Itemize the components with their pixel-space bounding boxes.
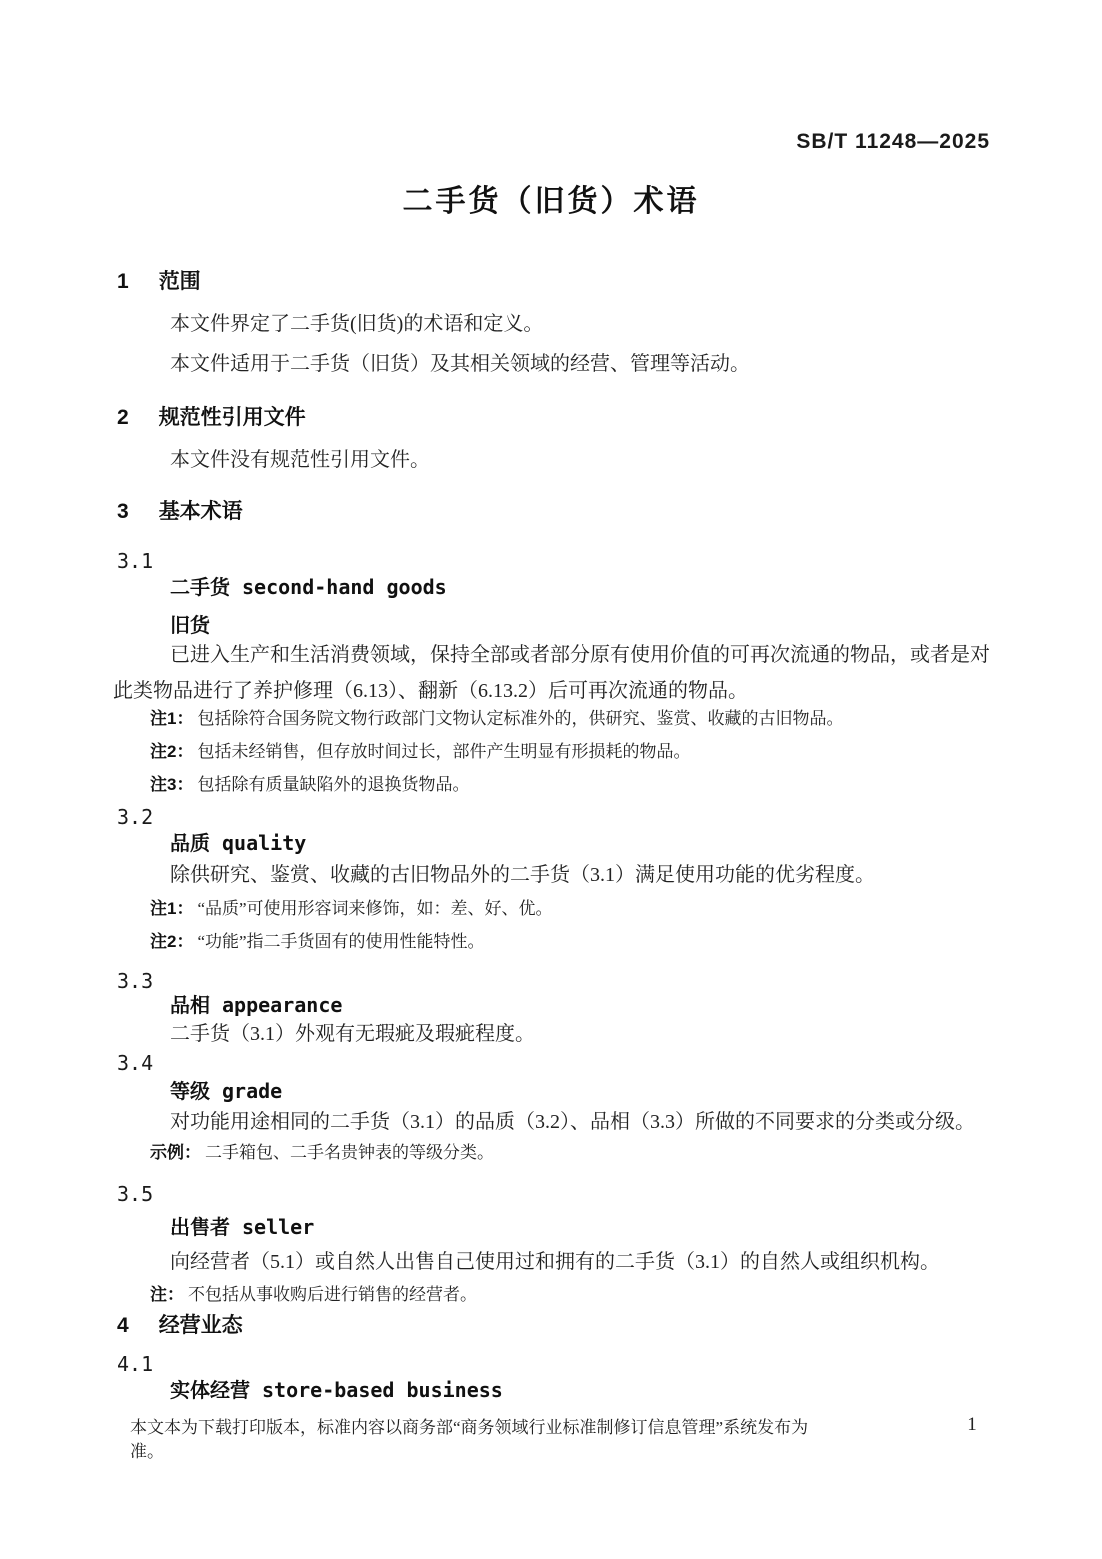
paragraph: 本文件适用于二手货（旧货）及其相关领域的经营、管理等活动。 (113, 346, 991, 382)
note-text: 包括除有质量缺陷外的退换货物品。 (197, 775, 469, 794)
term-number: 3.4 (117, 1050, 153, 1076)
note: 注1：包括除符合国务院文物行政部门文物认定标准外的，供研究、鉴赏、收藏的古旧物品… (150, 707, 995, 730)
note: 注2：包括未经销售，但存放时间过长，部件产生明显有形损耗的物品。 (150, 740, 995, 763)
term-number: 3.5 (117, 1181, 153, 1207)
section-title: 经营业态 (159, 1314, 243, 1337)
paragraph: 本文件界定了二手货(旧货)的术语和定义。 (113, 306, 991, 342)
note-text: “品质”可使用形容词来修饰，如：差、好、优。 (197, 899, 552, 918)
term-definition: 二手货（3.1）外观有无瑕疵及瑕疵程度。 (113, 1016, 991, 1052)
term-number: 3.3 (117, 968, 153, 994)
term-zh: 二手货 (170, 577, 230, 599)
term-definition: 对功能用途相同的二手货（3.1）的品质（3.2）、品相（3.3）所做的不同要求的… (113, 1104, 991, 1140)
term-heading: 等级grade (170, 1078, 282, 1105)
section-number: 1 (117, 268, 129, 296)
note-label: 注1： (150, 899, 193, 918)
section-heading-scope: 1范围 (117, 268, 201, 296)
term-number: 3.1 (117, 548, 153, 574)
section-number: 3 (117, 498, 129, 526)
term-definition: 除供研究、鉴赏、收藏的古旧物品外的二手货（3.1）满足使用功能的优劣程度。 (113, 857, 991, 893)
term-heading: 实体经营store-based business (170, 1377, 503, 1404)
example: 示例：二手箱包、二手名贵钟表的等级分类。 (150, 1141, 995, 1164)
term-heading: 品相appearance (170, 992, 342, 1019)
term-alias: 旧货 (170, 613, 210, 639)
section-heading-basic-terms: 3基本术语 (117, 498, 243, 526)
section-heading-normative-refs: 2规范性引用文件 (117, 404, 306, 432)
term-en: quality (222, 831, 306, 855)
term-heading: 出售者seller (170, 1214, 314, 1241)
note: 注3：包括除有质量缺陷外的退换货物品。 (150, 773, 995, 796)
page-number: 1 (952, 1414, 992, 1436)
note-text: 包括除符合国务院文物行政部门文物认定标准外的，供研究、鉴赏、收藏的古旧物品。 (197, 709, 843, 728)
example-label: 示例： (150, 1143, 201, 1162)
term-number: 3.2 (117, 804, 153, 830)
section-title: 基本术语 (159, 500, 243, 523)
term-zh: 品相 (170, 995, 210, 1017)
note-label: 注1： (150, 709, 193, 728)
term-heading: 二手货second-hand goods (170, 574, 447, 601)
note: 注：不包括从事收购后进行销售的经营者。 (150, 1283, 995, 1306)
term-zh: 等级 (170, 1081, 210, 1103)
term-zh: 实体经营 (170, 1380, 250, 1402)
section-number: 4 (117, 1312, 129, 1340)
note-label: 注3： (150, 775, 193, 794)
note-label: 注2： (150, 932, 193, 951)
term-zh: 品质 (170, 833, 210, 855)
term-en: appearance (222, 993, 342, 1017)
example-text: 二手箱包、二手名贵钟表的等级分类。 (205, 1143, 494, 1162)
document-page: SB/T 11248—2025 二手货（旧货）术语 1范围 本文件界定了二手货(… (0, 0, 1102, 1559)
section-number: 2 (117, 404, 129, 432)
note-text: 不包括从事收购后进行销售的经营者。 (188, 1285, 477, 1304)
section-heading-business-forms: 4经营业态 (117, 1312, 243, 1340)
term-en: grade (222, 1079, 282, 1103)
term-zh: 出售者 (170, 1217, 230, 1239)
term-en: store-based business (262, 1378, 503, 1402)
paragraph: 本文件没有规范性引用文件。 (113, 442, 991, 478)
note-label: 注2： (150, 742, 193, 761)
term-definition: 向经营者（5.1）或自然人出售自己使用过和拥有的二手货（3.1）的自然人或组织机… (113, 1244, 991, 1280)
term-en: second-hand goods (242, 575, 447, 599)
note-label: 注： (150, 1285, 184, 1304)
note-text: “功能”指二手货固有的使用性能特性。 (197, 932, 484, 951)
footer-note: 本文本为下载打印版本，标准内容以商务部“商务领域行业标准制修订信息管理”系统发布… (130, 1416, 830, 1464)
page-title: 二手货（旧货）术语 (0, 176, 1102, 220)
term-definition: 已进入生产和生活消费领域，保持全部或者部分原有使用价值的可再次流通的物品，或者是… (113, 637, 991, 709)
section-title: 范围 (159, 270, 201, 293)
doc-number: SB/T 11248—2025 (113, 130, 990, 154)
note: 注2：“功能”指二手货固有的使用性能特性。 (150, 930, 995, 953)
term-en: seller (242, 1215, 314, 1239)
note: 注1：“品质”可使用形容词来修饰，如：差、好、优。 (150, 897, 995, 920)
term-heading: 品质quality (170, 830, 306, 857)
section-title: 规范性引用文件 (159, 406, 306, 429)
term-number: 4.1 (117, 1351, 153, 1377)
note-text: 包括未经销售，但存放时间过长，部件产生明显有形损耗的物品。 (197, 742, 690, 761)
